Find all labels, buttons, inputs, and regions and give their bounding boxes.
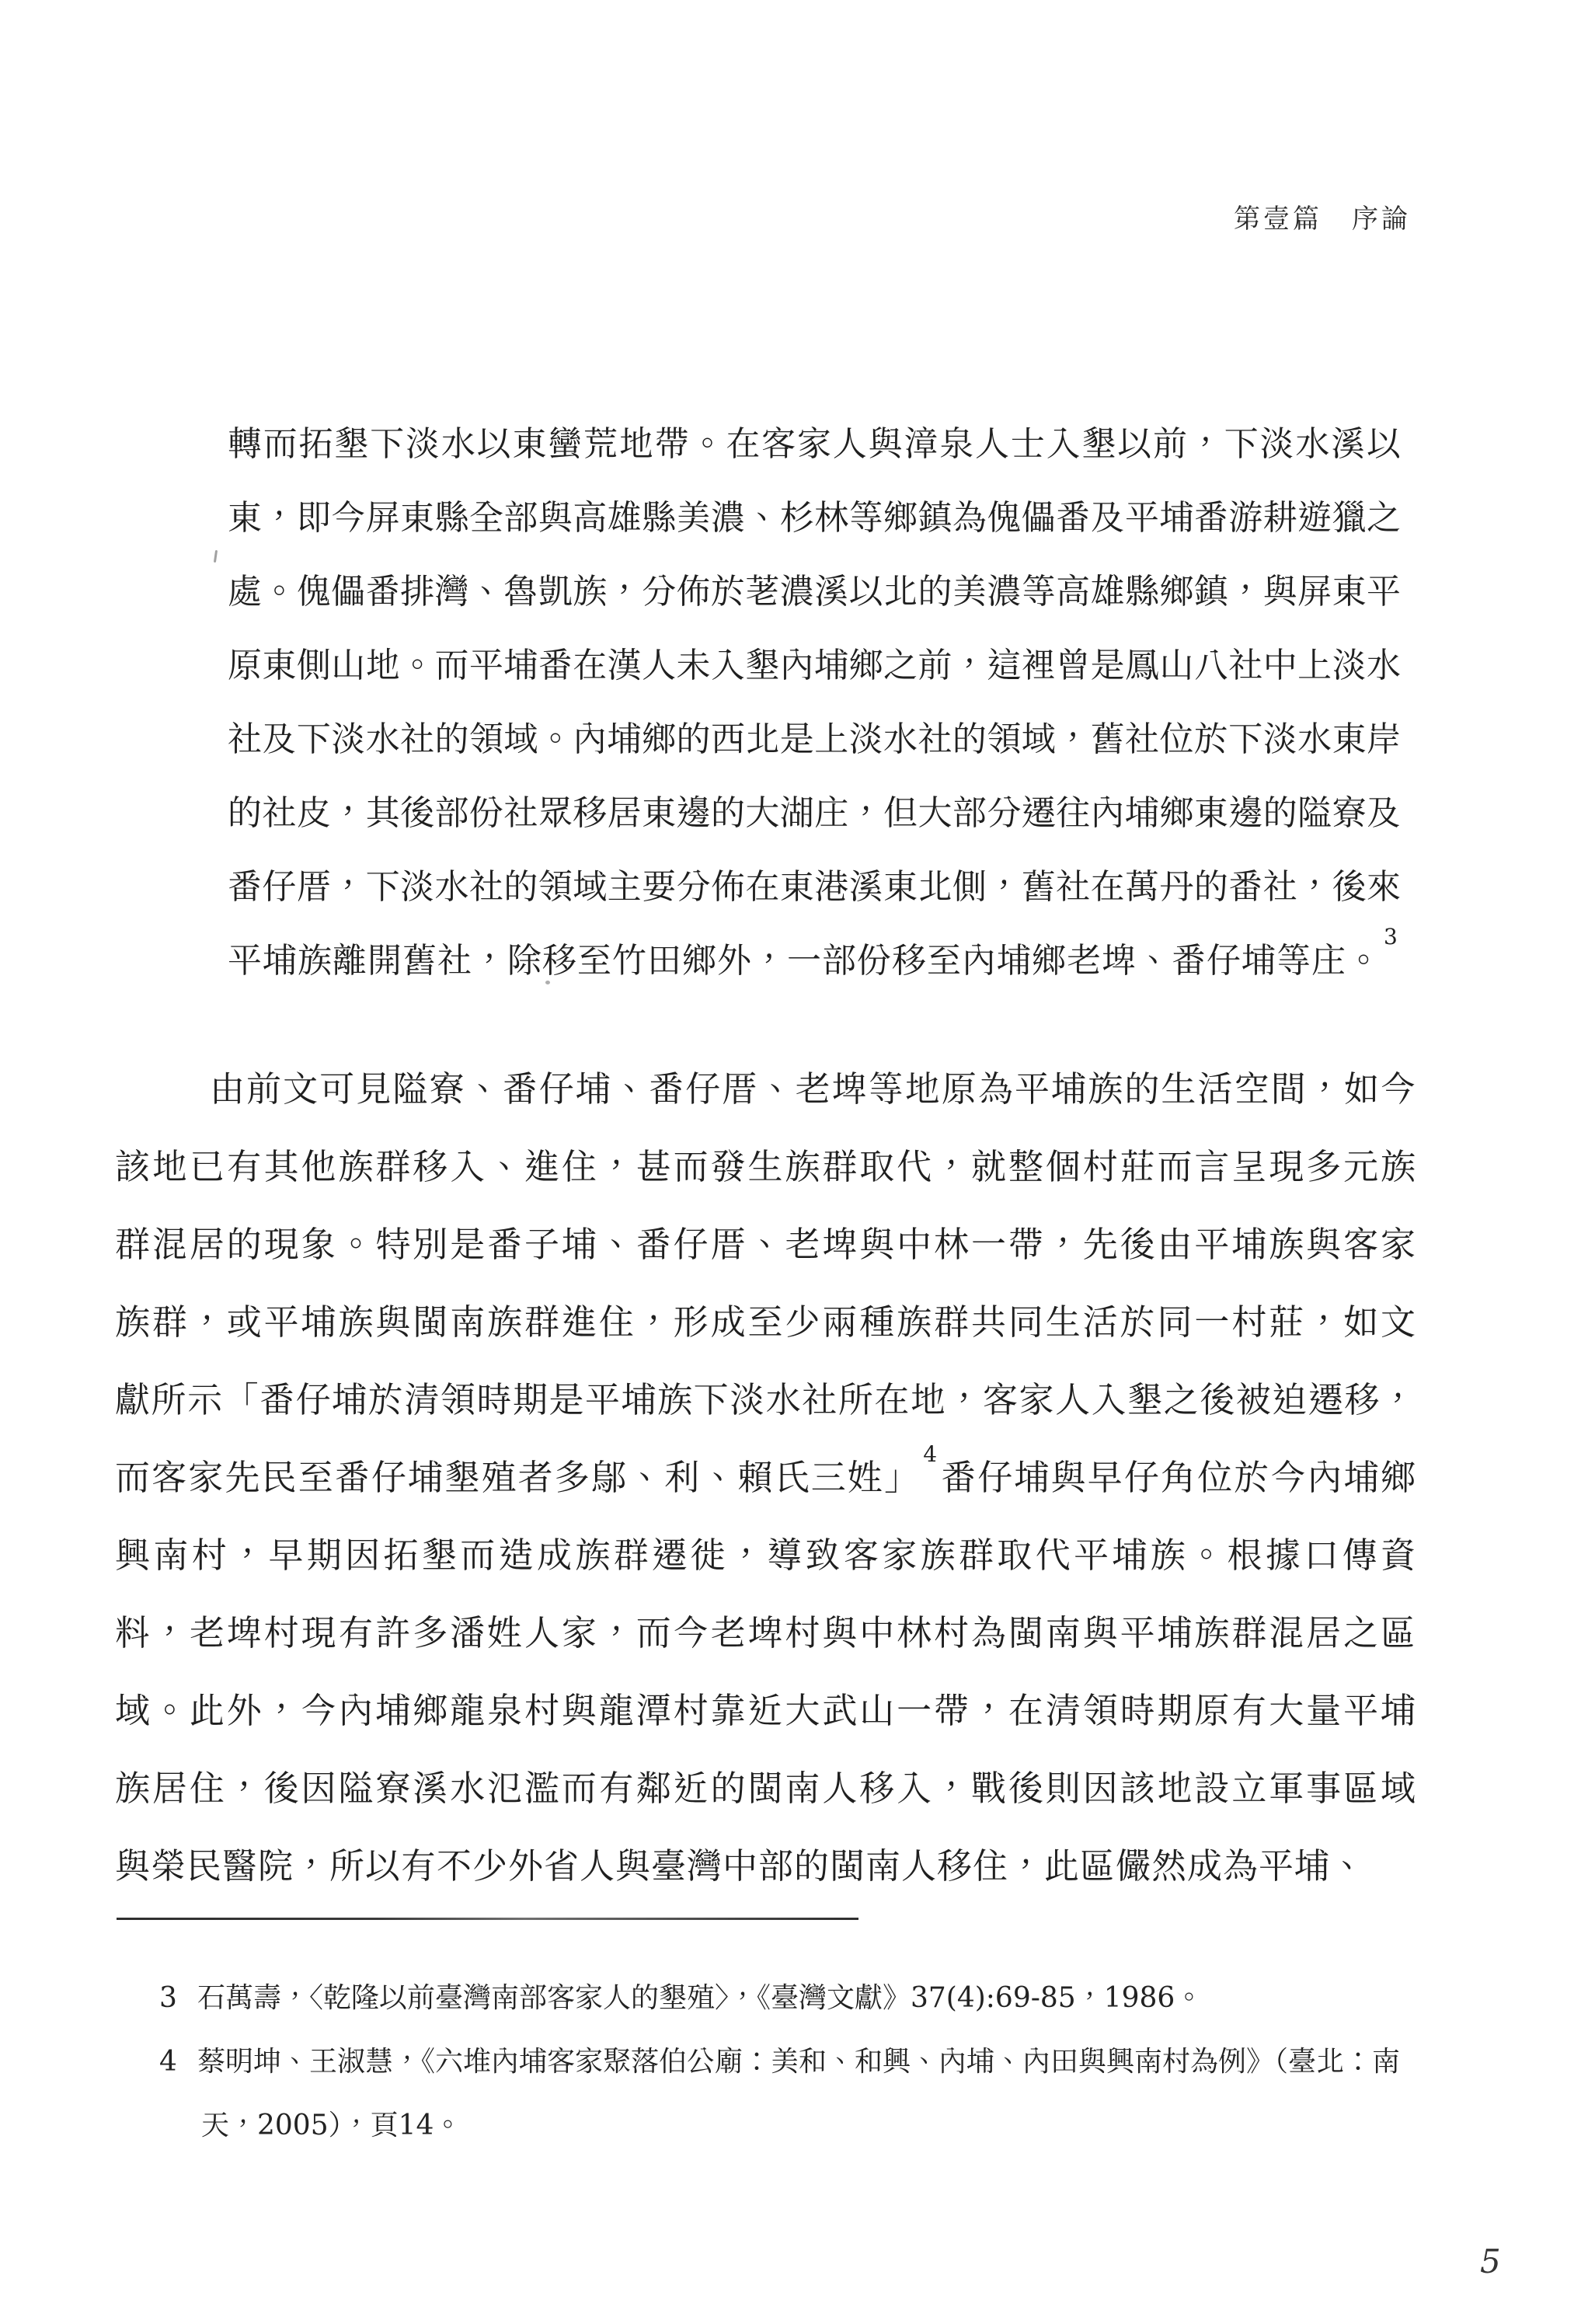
blockquote-line: 平埔族離開舊社，除移至竹田鄉外，一部份移至內埔鄉老埤、番仔埔等庄。3 <box>228 924 1401 998</box>
footnote-ref-4: 4 <box>923 1441 937 1467</box>
footnote-text: 天，2005），頁14。 <box>201 2110 461 2141</box>
running-header: 第壹篇 序論 <box>1234 197 1411 235</box>
footnote-4: 4蔡明坤、王淑慧，《六堆內埔客家聚落伯公廟：美和、和興、內埔、內田與興南村為例》… <box>159 2044 1400 2081</box>
body-paragraph: 由前文可見隘寮、番仔埔、番仔厝、老埤等地原為平埔族的生活空間，如今 該地已有其他… <box>115 1051 1416 1905</box>
footnote-text: 石萬壽，〈乾隆以前臺灣南部客家人的墾殖〉，《臺灣文獻》37(4):69-85，1… <box>197 1982 1203 2014</box>
paragraph-line: 該地已有其他族群移入、進住，甚而發生族群取代，就整個村莊而言呈現多元族 <box>115 1128 1416 1206</box>
paragraph-line: 族群，或平埔族與閩南族群進住，形成至少兩種族群共同生活於同一村莊，如文 <box>115 1284 1416 1361</box>
blockquote-line: 原東側山地。而平埔番在漢人未入墾內埔鄉之前，這裡曾是鳳山八社中上淡水 <box>228 629 1401 702</box>
blockquote-line: 東，即今屏東縣全部與高雄縣美濃、杉林等鄉鎮為傀儡番及平埔番游耕遊獵之 <box>228 481 1401 555</box>
scan-artifact <box>545 981 550 984</box>
paragraph-line: 而客家先民至番仔埔墾殖者多鄔、利、賴氏三姓」4番仔埔與早仔角位於今內埔鄉 <box>115 1439 1416 1517</box>
paragraph-line: 獻所示「番仔埔於清領時期是平埔族下淡水社所在地，客家人入墾之後被迫遷移， <box>115 1361 1416 1439</box>
paragraph-line: 群混居的現象。特別是番子埔、番仔厝、老埤與中林一帶，先後由平埔族與客家 <box>115 1206 1416 1284</box>
blockquote-line: 處。傀儡番排灣、魯凱族，分佈於荖濃溪以北的美濃等高雄縣鄉鎮，與屏東平 <box>228 555 1401 629</box>
footnote-number: 4 <box>159 2044 197 2081</box>
blockquote: 轉而拓墾下淡水以東蠻荒地帶。在客家人與漳泉人士入墾以前，下淡水溪以 東，即今屏東… <box>228 407 1401 998</box>
footnote-4-continuation: 天，2005），頁14。 <box>201 2107 461 2145</box>
footnote-separator <box>117 1918 858 1920</box>
paragraph-line: 與榮民醫院，所以有不少外省人與臺灣中部的閩南人移住，此區儼然成為平埔、 <box>115 1827 1416 1905</box>
blockquote-line: 番仔厝，下淡水社的領域主要分佈在東港溪東北側，舊社在萬丹的番社，後來 <box>228 850 1401 924</box>
paragraph-line: 族居住，後因隘寮溪水氾濫而有鄰近的閩南人移入，戰後則因該地設立軍事區域 <box>115 1750 1416 1827</box>
footnote-text: 蔡明坤、王淑慧，《六堆內埔客家聚落伯公廟：美和、和興、內埔、內田與興南村為例》（… <box>197 2046 1400 2078</box>
blockquote-line-text: 平埔族離開舊社，除移至竹田鄉外，一部份移至內埔鄉老埤、番仔埔等庄。 <box>228 941 1381 981</box>
scan-artifact <box>214 550 218 563</box>
blockquote-line: 的社皮，其後部份社眾移居東邊的大湖庄，但大部分遷往內埔鄉東邊的隘寮及 <box>228 776 1401 850</box>
blockquote-line: 社及下淡水社的領域。內埔鄉的西北是上淡水社的領域，舊社位於下淡水東岸 <box>228 702 1401 776</box>
blockquote-line: 轉而拓墾下淡水以東蠻荒地帶。在客家人與漳泉人士入墾以前，下淡水溪以 <box>228 407 1401 481</box>
footnote-3: 3石萬壽，〈乾隆以前臺灣南部客家人的墾殖〉，《臺灣文獻》37(4):69-85，… <box>159 1980 1203 2017</box>
paragraph-line: 料，老埤村現有許多潘姓人家，而今老埤村與中林村為閩南與平埔族群混居之區 <box>115 1594 1416 1672</box>
paragraph-line: 域。此外，今內埔鄉龍泉村與龍潭村靠近大武山一帶，在清領時期原有大量平埔 <box>115 1672 1416 1750</box>
footnote-number: 3 <box>159 1980 197 2017</box>
footnote-ref-3: 3 <box>1384 924 1398 949</box>
paragraph-line-text: 番仔埔與早仔角位於今內埔鄉 <box>939 1457 1416 1498</box>
paragraph-line-text: 而客家先民至番仔埔墾殖者多鄔、利、賴氏三姓」 <box>115 1457 921 1498</box>
paragraph-line: 興南村，早期因拓墾而造成族群遷徙，導致客家族群取代平埔族。根據口傳資 <box>115 1517 1416 1594</box>
page-number: 5 <box>1480 2242 1501 2280</box>
paragraph-line: 由前文可見隘寮、番仔埔、番仔厝、老埤等地原為平埔族的生活空間，如今 <box>115 1051 1416 1128</box>
document-page: 第壹篇 序論 轉而拓墾下淡水以東蠻荒地帶。在客家人與漳泉人士入墾以前，下淡水溪以… <box>0 0 1588 2324</box>
